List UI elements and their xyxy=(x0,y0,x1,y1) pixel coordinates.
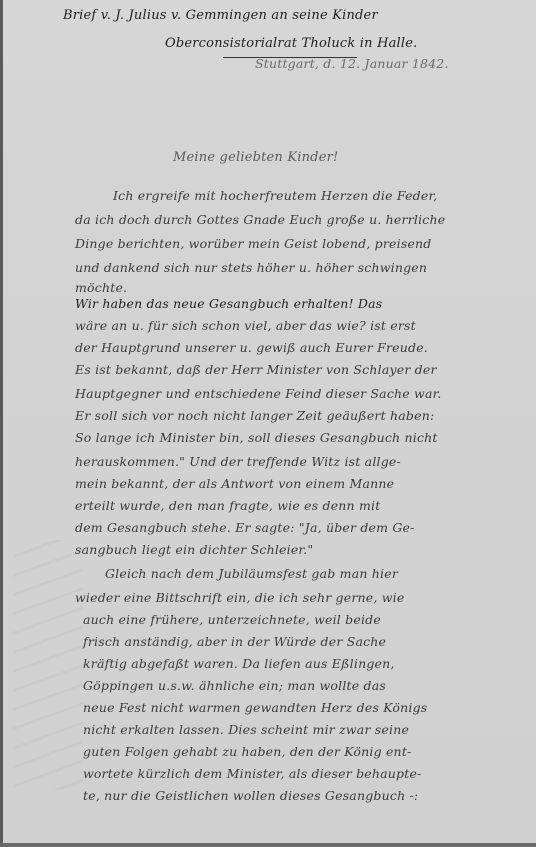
letter-greeting: Meine geliebten Kinder! xyxy=(173,150,338,165)
body-line: möchte. xyxy=(75,280,127,295)
header-recipient: Oberconsistorialrat Tholuck in Halle. xyxy=(165,36,418,51)
body-line: kräftig abgefaßt waren. Da liefen aus Eß… xyxy=(83,656,395,671)
body-line: auch eine frühere, unterzeichnete, weil … xyxy=(83,612,381,627)
header-dateline: Stuttgart, d. 12. Januar 1842. xyxy=(255,56,449,71)
body-line: Ich ergreife mit hocherfreutem Herzen di… xyxy=(113,188,437,203)
scan-bottom-edge xyxy=(0,843,536,847)
body-line: Er soll sich vor noch nicht langer Zeit … xyxy=(75,408,434,423)
body-line: So lange ich Minister bin, soll dieses G… xyxy=(75,430,438,445)
body-line: dem Gesangbuch stehe. Er sagte: "Ja, übe… xyxy=(75,520,415,535)
body-line: guten Folgen gehabt zu haben, den der Kö… xyxy=(83,744,411,759)
body-line: und dankend sich nur stets höher u. höhe… xyxy=(75,260,427,275)
body-line: da ich doch durch Gottes Gnade Euch groß… xyxy=(75,212,445,227)
body-line: sangbuch liegt ein dichter Schleier." xyxy=(75,542,313,557)
body-line: wieder eine Bittschrift ein, die ich seh… xyxy=(75,590,404,605)
body-line: herauskommen." Und der treffende Witz is… xyxy=(75,454,401,469)
body-line: te, nur die Geistlichen wollen dieses Ge… xyxy=(83,788,418,803)
body-line: frisch anständig, aber in der Würde der … xyxy=(83,634,386,649)
body-line: Wir haben das neue Gesangbuch erhalten! … xyxy=(75,296,382,311)
body-line: Hauptgegner und entschiedene Feind diese… xyxy=(75,386,442,401)
body-line: der Hauptgrund unserer u. gewiß auch Eur… xyxy=(75,340,428,355)
body-line: Gleich nach dem Jubiläumsfest gab man hi… xyxy=(105,566,398,581)
letter-page: Brief v. J. Julius v. Gemmingen an seine… xyxy=(3,0,536,843)
body-line: mein bekannt, der als Antwort von einem … xyxy=(75,476,394,491)
body-line: Göppingen u.s.w. ähnliche ein; man wollt… xyxy=(83,678,386,693)
body-line: nicht erkalten lassen. Dies scheint mir … xyxy=(83,722,409,737)
body-line: neue Fest nicht warmen gewandten Herz de… xyxy=(83,700,427,715)
body-line: Dinge berichten, worüber mein Geist lobe… xyxy=(75,236,432,251)
body-line: Es ist bekannt, daß der Herr Minister vo… xyxy=(75,362,437,377)
ink-bleed-through xyxy=(13,540,83,790)
header-title: Brief v. J. Julius v. Gemmingen an seine… xyxy=(63,8,378,23)
body-line: erteilt wurde, den man fragte, wie es de… xyxy=(75,498,380,513)
body-line: wäre an u. für sich schon viel, aber das… xyxy=(75,318,416,333)
body-line: wortete kürzlich dem Minister, als diese… xyxy=(83,766,421,781)
